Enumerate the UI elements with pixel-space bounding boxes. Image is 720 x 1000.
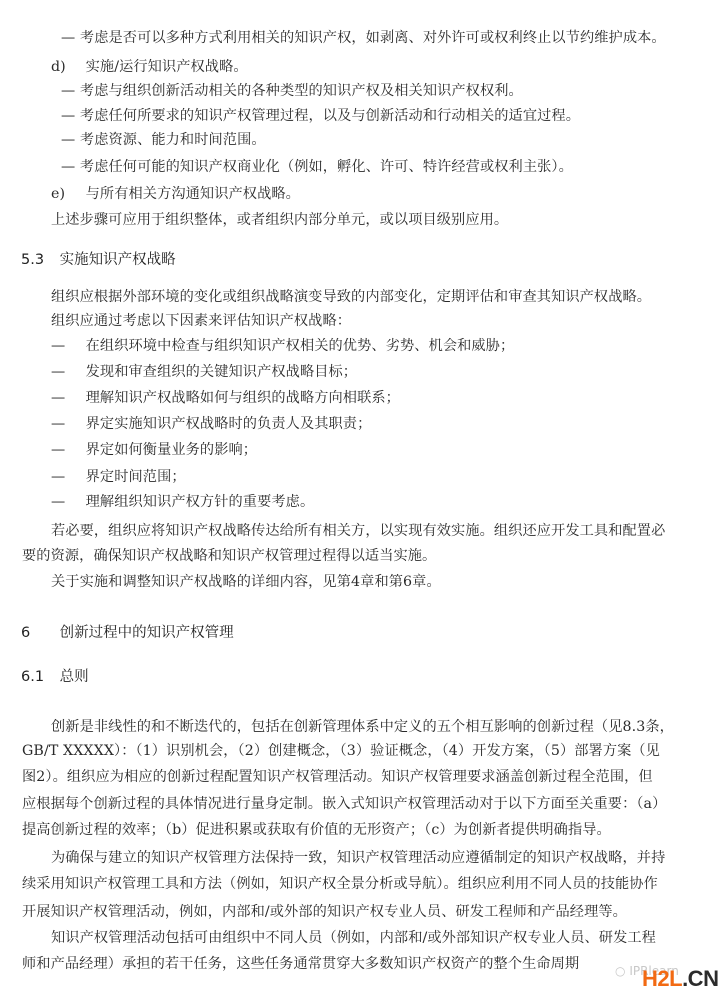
bullet-dash: — — [51, 440, 81, 460]
bullet-dash: — — [51, 388, 81, 408]
paragraph-line: 开展知识产权管理活动，例如，内部和/或外部的知识产权专业人员、研发工程师和产品经… — [22, 902, 627, 922]
bullet-text: 考虑任何可能的知识产权商业化（例如，孵化、许可、特许经营或权利主张）。 — [80, 159, 573, 175]
bullet-dash: — — [61, 83, 75, 99]
section-heading-5-3: 5.3 实施知识产权战略 — [21, 250, 176, 270]
paragraph-line: 师和产品经理）承担的若干任务，这些任务通常贯穿大多数知识产权资产的整个生命周期 — [22, 954, 579, 974]
bullet-text: 界定实施知识产权战略时的负责人及其职责； — [86, 416, 372, 432]
section-heading-6-1: 6.1 总则 — [21, 667, 89, 687]
section-heading-6: 6 创新过程中的知识产权管理 — [21, 623, 234, 643]
bullet-text: 考虑是否可以多种方式利用相关的知识产权，如剥离、对外许可或权利终止以节约维护成本… — [80, 30, 666, 46]
bullet-line: — 理解组织知识产权方针的重要考虑。 — [51, 492, 314, 512]
list-item-text: 与所有相关方沟通知识产权战略。 — [86, 186, 300, 202]
bullet-dash: — — [61, 30, 75, 46]
bullet-text: 界定如何衡量业务的影响； — [86, 442, 257, 458]
bullet-text: 理解组织知识产权方针的重要考虑。 — [86, 494, 315, 510]
bullet-dash: — — [61, 159, 75, 175]
paragraph-line: 若必要，组织应将知识产权战略传达给所有相关方，以实现有效实施。组织还应开发工具和… — [51, 521, 665, 541]
section-number: 5.3 — [21, 250, 55, 270]
list-item-e: e) 与所有相关方沟通知识产权战略。 — [51, 184, 300, 204]
section-title: 创新过程中的知识产权管理 — [60, 625, 234, 641]
section-title: 实施知识产权战略 — [60, 252, 176, 268]
bullet-line: — 考虑任何可能的知识产权商业化（例如，孵化、许可、特许经营或权利主张）。 — [61, 157, 573, 177]
bullet-line: — 考虑任何所要求的知识产权管理过程，以及与创新活动和行动相关的适宜过程。 — [61, 106, 580, 126]
paragraph-line: 续采用知识产权管理工具和方法（例如，知识产权全景分析或导航）。组织应利用不同人员… — [22, 874, 658, 894]
bullet-dash: — — [51, 336, 81, 356]
paragraph: 上述步骤可应用于组织整体，或者组织内部分单元，或以项目级别应用。 — [51, 210, 508, 230]
section-number: 6.1 — [21, 667, 55, 687]
brand-cn: .CN — [682, 966, 718, 991]
paragraph-line: 为确保与建立的知识产权管理方法保持一致，知识产权管理活动应遵循制定的知识产权战略… — [51, 848, 665, 868]
bullet-dash: — — [61, 108, 75, 124]
bullet-line: — 界定如何衡量业务的影响； — [51, 440, 257, 460]
bullet-line: — 在组织环境中检查与组织知识产权相关的优势、劣势、机会和威胁； — [51, 336, 514, 356]
paragraph-line: GB/T XXXXX）：（1）识别机会，（2）创建概念，（3）验证概念，（4）开… — [22, 741, 660, 761]
paragraph: 组织应根据外部环境的变化或组织战略演变导致的内部变化，定期评估和审查其知识产权战… — [51, 287, 651, 307]
bullet-line: — 理解知识产权战略如何与组织的战略方向相联系； — [51, 388, 400, 408]
bullet-text: 在组织环境中检查与组织知识产权相关的优势、劣势、机会和威胁； — [86, 338, 515, 354]
paragraph-line: 图2）。组织应为相应的创新过程配置知识产权管理活动。知识产权管理要求涵盖创新过程… — [22, 767, 653, 787]
list-item-text: 实施/运行知识产权战略。 — [86, 59, 248, 75]
brand-logo: H2L.CN — [642, 966, 718, 992]
bullet-text: 考虑资源、能力和时间范围。 — [80, 132, 266, 148]
paragraph-line: 应根据每个创新过程的具体情况进行量身定制。嵌入式知识产权管理活动对于以下方面至关… — [22, 794, 666, 814]
paragraph-line: 知识产权管理活动包括可由组织中不同人员（例如，内部和/或外部知识产权专业人员、研… — [51, 928, 656, 948]
brand-h2l: H2L — [642, 966, 682, 991]
paragraph-line: 提高创新过程的效率；（b）促进积累或获取有价值的无形资产；（c）为创新者提供明确… — [22, 820, 611, 840]
bullet-dash: — — [61, 132, 75, 148]
paragraph: 关于实施和调整知识产权战略的详细内容，见第4章和第6章。 — [51, 572, 441, 592]
bullet-dash: — — [51, 492, 81, 512]
bullet-dash: — — [51, 467, 81, 487]
paragraph-line: 创新是非线性的和不断迭代的，包括在创新管理体系中定义的五个相互影响的创新过程（见… — [51, 717, 674, 737]
bullet-dash: — — [51, 362, 81, 382]
bullet-text: 界定时间范围； — [86, 469, 186, 485]
list-item-d: d) 实施/运行知识产权战略。 — [51, 57, 248, 77]
bullet-line: — 发现和审查组织的关键知识产权战略目标； — [51, 362, 357, 382]
bullet-line: — 界定实施知识产权战略时的负责人及其职责； — [51, 414, 371, 434]
bullet-line: — 考虑资源、能力和时间范围。 — [61, 130, 266, 150]
paragraph: 组织应通过考虑以下因素来评估知识产权战略： — [51, 311, 351, 331]
paragraph-line: 要的资源，确保知识产权战略和知识产权管理过程得以适当实施。 — [22, 546, 436, 566]
bullet-text: 考虑任何所要求的知识产权管理过程，以及与创新活动和行动相关的适宜过程。 — [80, 108, 580, 124]
bullet-text: 考虑与组织创新活动相关的各种类型的知识产权及相关知识产权权利。 — [80, 83, 523, 99]
bullet-line: — 考虑是否可以多种方式利用相关的知识产权，如剥离、对外许可或权利终止以节约维护… — [61, 28, 666, 48]
wechat-icon: ○ — [615, 964, 625, 978]
list-marker: e) — [51, 184, 81, 204]
watermark: ○ IPRlearn H2L.CN — [615, 960, 720, 990]
list-marker: d) — [51, 57, 81, 77]
bullet-line: — 考虑与组织创新活动相关的各种类型的知识产权及相关知识产权权利。 — [61, 81, 523, 101]
bullet-text: 理解知识产权战略如何与组织的战略方向相联系； — [86, 390, 400, 406]
bullet-line: — 界定时间范围； — [51, 467, 186, 487]
bullet-text: 发现和审查组织的关键知识产权战略目标； — [86, 364, 357, 380]
section-number: 6 — [21, 623, 55, 643]
bullet-dash: — — [51, 414, 81, 434]
section-title: 总则 — [60, 669, 89, 685]
